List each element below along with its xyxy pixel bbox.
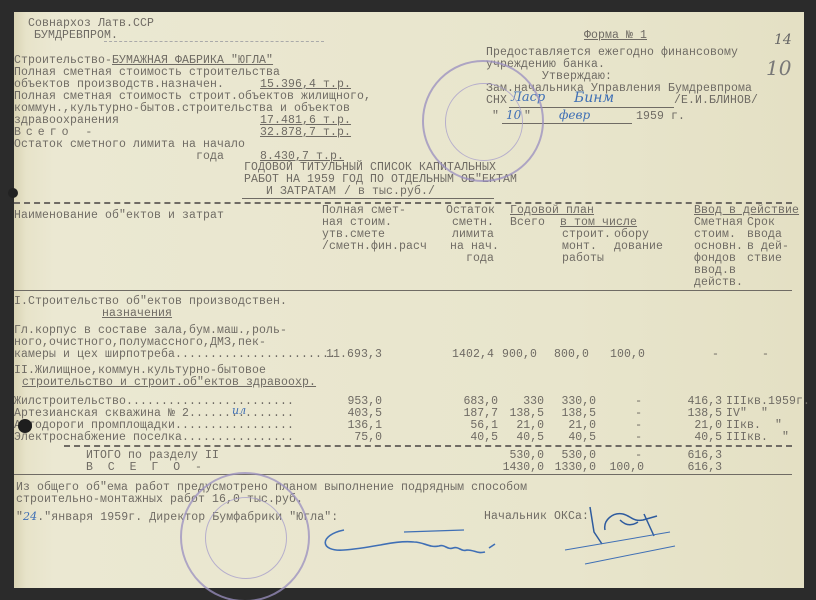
row-comm-cost: 40,5: [674, 432, 722, 443]
cost-prod-value: 15.396,4 т.р.: [260, 79, 351, 90]
col-header-commissioning: Ввод в действие: [694, 205, 799, 216]
col-header-comm-cost-2: стоим.: [694, 229, 736, 240]
row-comm-term: IIкв. ": [726, 420, 782, 431]
section1-full-cost: 11.693,3: [326, 349, 382, 360]
row-equipment: -: [622, 432, 642, 443]
document-page: Совнархоз Латв.ССР БУМДРЕВПРОМ. Строител…: [14, 12, 804, 588]
section1-remainder: 1402,4: [452, 349, 494, 360]
row-total: 21,0: [494, 420, 544, 431]
grand-total-total: 1430,0: [490, 462, 544, 473]
row-name: Электроснабжение поселка................: [14, 432, 294, 443]
section1-row-text-1: Гл.корпус в составе зала,бум.маш.,роль-: [14, 325, 287, 336]
section2-title-1: II.Жилищное,коммун.культурно-бытовое: [14, 365, 266, 376]
col-header-comm-term-4: ствие: [747, 253, 782, 264]
total-value: 32.878,7 т.р.: [260, 127, 351, 138]
row-comm-term: IV" ": [726, 408, 768, 419]
row-comm-cost: 138,5: [674, 408, 722, 419]
row-construction: 330,0: [544, 396, 596, 407]
col-header-comm-term-1: Срок: [747, 217, 775, 228]
col-header-full-cost-2: ная стоим.: [322, 217, 392, 228]
section1-title-2: назначения: [102, 308, 172, 319]
table-bottom-border: [14, 474, 792, 475]
cost-housing-value: 17.481,6 т.р.: [260, 115, 351, 126]
row-construction: 40,5: [544, 432, 596, 443]
col-header-construction-3: работы: [562, 253, 604, 264]
row-remainder: 683,0: [434, 396, 498, 407]
col-header-remainder-4: на нач.: [450, 241, 499, 252]
row-full-cost: 136,1: [314, 420, 382, 431]
official-stamp-approval: [422, 60, 544, 182]
row-construction: 21,0: [544, 420, 596, 431]
col-header-construction-1: строит.: [562, 229, 611, 240]
col-header-equipment-2: дование: [614, 241, 663, 252]
row-comm-cost: 21,0: [674, 420, 722, 431]
archive-page-number: 10: [766, 56, 791, 80]
row-remainder: 56,1: [434, 420, 498, 431]
col-header-total: Всего: [510, 217, 545, 228]
subtotal-equipment: -: [622, 450, 642, 461]
col-header-remainder-2: сметн.: [452, 217, 494, 228]
construction-line: Строительство-БУМАЖНАЯ ФАБРИКА "ЮГЛА": [14, 55, 273, 66]
oks-chief-signature: [560, 502, 720, 572]
section1-title-1: I.Строительство об"ектов производствен.: [14, 296, 287, 307]
col-header-comm-cost-5: ввод.в: [694, 265, 736, 276]
row-handwritten-note: ил: [232, 404, 246, 417]
col-header-remainder-3: лимита: [452, 229, 494, 240]
grand-total-label: В С Е Г О -: [86, 462, 206, 473]
row-equipment: -: [622, 408, 642, 419]
punch-hole: [8, 188, 18, 198]
col-header-including: в том числе: [560, 217, 637, 228]
approval-date-year: 1959 г.: [636, 111, 685, 122]
row-construction: 138,5: [544, 408, 596, 419]
row-comm-cost: 416,3: [674, 396, 722, 407]
row-remainder: 187,7: [434, 408, 498, 419]
remainder-label-2: года: [196, 151, 224, 162]
row-name: Артезианская скважина № 2...............: [14, 408, 294, 419]
row-total: 40,5: [494, 432, 544, 443]
row-equipment: -: [622, 420, 642, 431]
subtotal-divider: [64, 445, 792, 447]
approver-name: /Е.И.БЛИНОВ/: [674, 95, 758, 106]
title-line-3: И ЗАТРАТАМ: [266, 186, 336, 197]
cost-housing-label-2: коммун.,культурно-бытов.строительства и …: [14, 103, 350, 114]
table-header-border: [14, 290, 792, 291]
col-header-comm-cost-3: основн.: [694, 241, 743, 252]
section1-row-text-3: камеры и цех ширпотреба.................…: [14, 349, 336, 360]
cost-prod-label-1: Полная сметная стоимость строительства: [14, 67, 280, 78]
dash-divider: [104, 41, 324, 42]
ministry-line: Совнархоз Латв.ССР: [28, 18, 154, 29]
section2-title-2: строительство и строит.об"ектов здравоох…: [22, 377, 316, 388]
section1-comm-cost: -: [712, 349, 719, 360]
col-header-construction-2: монт.: [562, 241, 597, 252]
row-comm-term: IIIкв. ": [726, 432, 789, 443]
col-header-name: Наименование об"ектов и затрат: [14, 210, 224, 221]
section1-equipment: 100,0: [610, 349, 645, 360]
approved-label: Утверждаю:: [542, 71, 612, 82]
cost-housing-label-1: Полная сметная стоимость строит.объектов…: [14, 91, 371, 102]
col-header-comm-cost-6: действ.: [694, 277, 743, 288]
grand-total-equipment: 100,0: [596, 462, 644, 473]
col-header-comm-cost-4: фондов: [694, 253, 736, 264]
approver-signature: Бинм: [574, 90, 614, 106]
col-header-remainder-1: Остаток: [446, 205, 495, 216]
footer-date-day: 24: [23, 510, 37, 523]
subtotal-comm-cost: 616,3: [674, 450, 722, 461]
col-header-comm-term-2: ввода: [747, 229, 782, 240]
submission-line-1: Предоставляется ежегодно финансовому: [486, 47, 738, 58]
col-header-comm-term-3: в дей-: [747, 241, 789, 252]
subtotal-label: ИТОГО по разделу II: [86, 450, 219, 461]
col-header-full-cost-3: утв.смете: [322, 229, 385, 240]
col-header-full-cost-1: Полная смет-: [322, 205, 406, 216]
row-total: 138,5: [494, 408, 544, 419]
archive-page-number-crossed: 14: [774, 32, 792, 48]
row-total: 330: [494, 396, 544, 407]
col-header-equipment-1: обору: [614, 229, 649, 240]
official-stamp-director: [180, 472, 310, 600]
row-full-cost: 75,0: [314, 432, 382, 443]
col-header-remainder-5: года: [466, 253, 494, 264]
col-header-comm-cost-1: Сметная: [694, 217, 743, 228]
row-equipment: -: [622, 396, 642, 407]
row-full-cost: 403,5: [314, 408, 382, 419]
row-name: Жилстроительство........................: [14, 396, 294, 407]
section1-row-text-2: ного,очистного,полумассного,ДМЗ,пек-: [14, 337, 266, 348]
director-signature: [314, 520, 514, 560]
section1-total: 900,0: [502, 349, 537, 360]
section1-construction: 800,0: [554, 349, 589, 360]
subtotal-total: 530,0: [494, 450, 544, 461]
cost-prod-label-2: объектов производств.назначен.: [14, 79, 224, 90]
subtotal-construction: 530,0: [544, 450, 596, 461]
col-header-full-cost-4: /сметн.фин.расч: [322, 241, 427, 252]
title-underline: [242, 198, 494, 199]
form-number: Форма № 1: [584, 30, 647, 41]
trust-line: БУМДРЕВПРОМ.: [34, 30, 118, 41]
approval-date-month: февр: [559, 108, 590, 122]
remainder-label-1: Остаток сметного лимита на начало: [14, 139, 245, 150]
row-comm-term: IIIкв.1959г.: [726, 396, 810, 407]
col-header-annual-plan: Годовой план: [510, 205, 594, 216]
section1-comm-term: -: [762, 349, 769, 360]
row-full-cost: 953,0: [314, 396, 382, 407]
title-units: / в тыс.руб./: [344, 186, 435, 197]
grand-total-comm-cost: 616,3: [674, 462, 722, 473]
total-label: Всего -: [14, 127, 97, 138]
cost-housing-label-3: здравоохранения: [14, 115, 119, 126]
grand-total-construction: 1330,0: [540, 462, 596, 473]
row-name: Автодороги промплощадки.................: [14, 420, 294, 431]
punch-hole: [18, 419, 32, 433]
row-remainder: 40,5: [434, 432, 498, 443]
